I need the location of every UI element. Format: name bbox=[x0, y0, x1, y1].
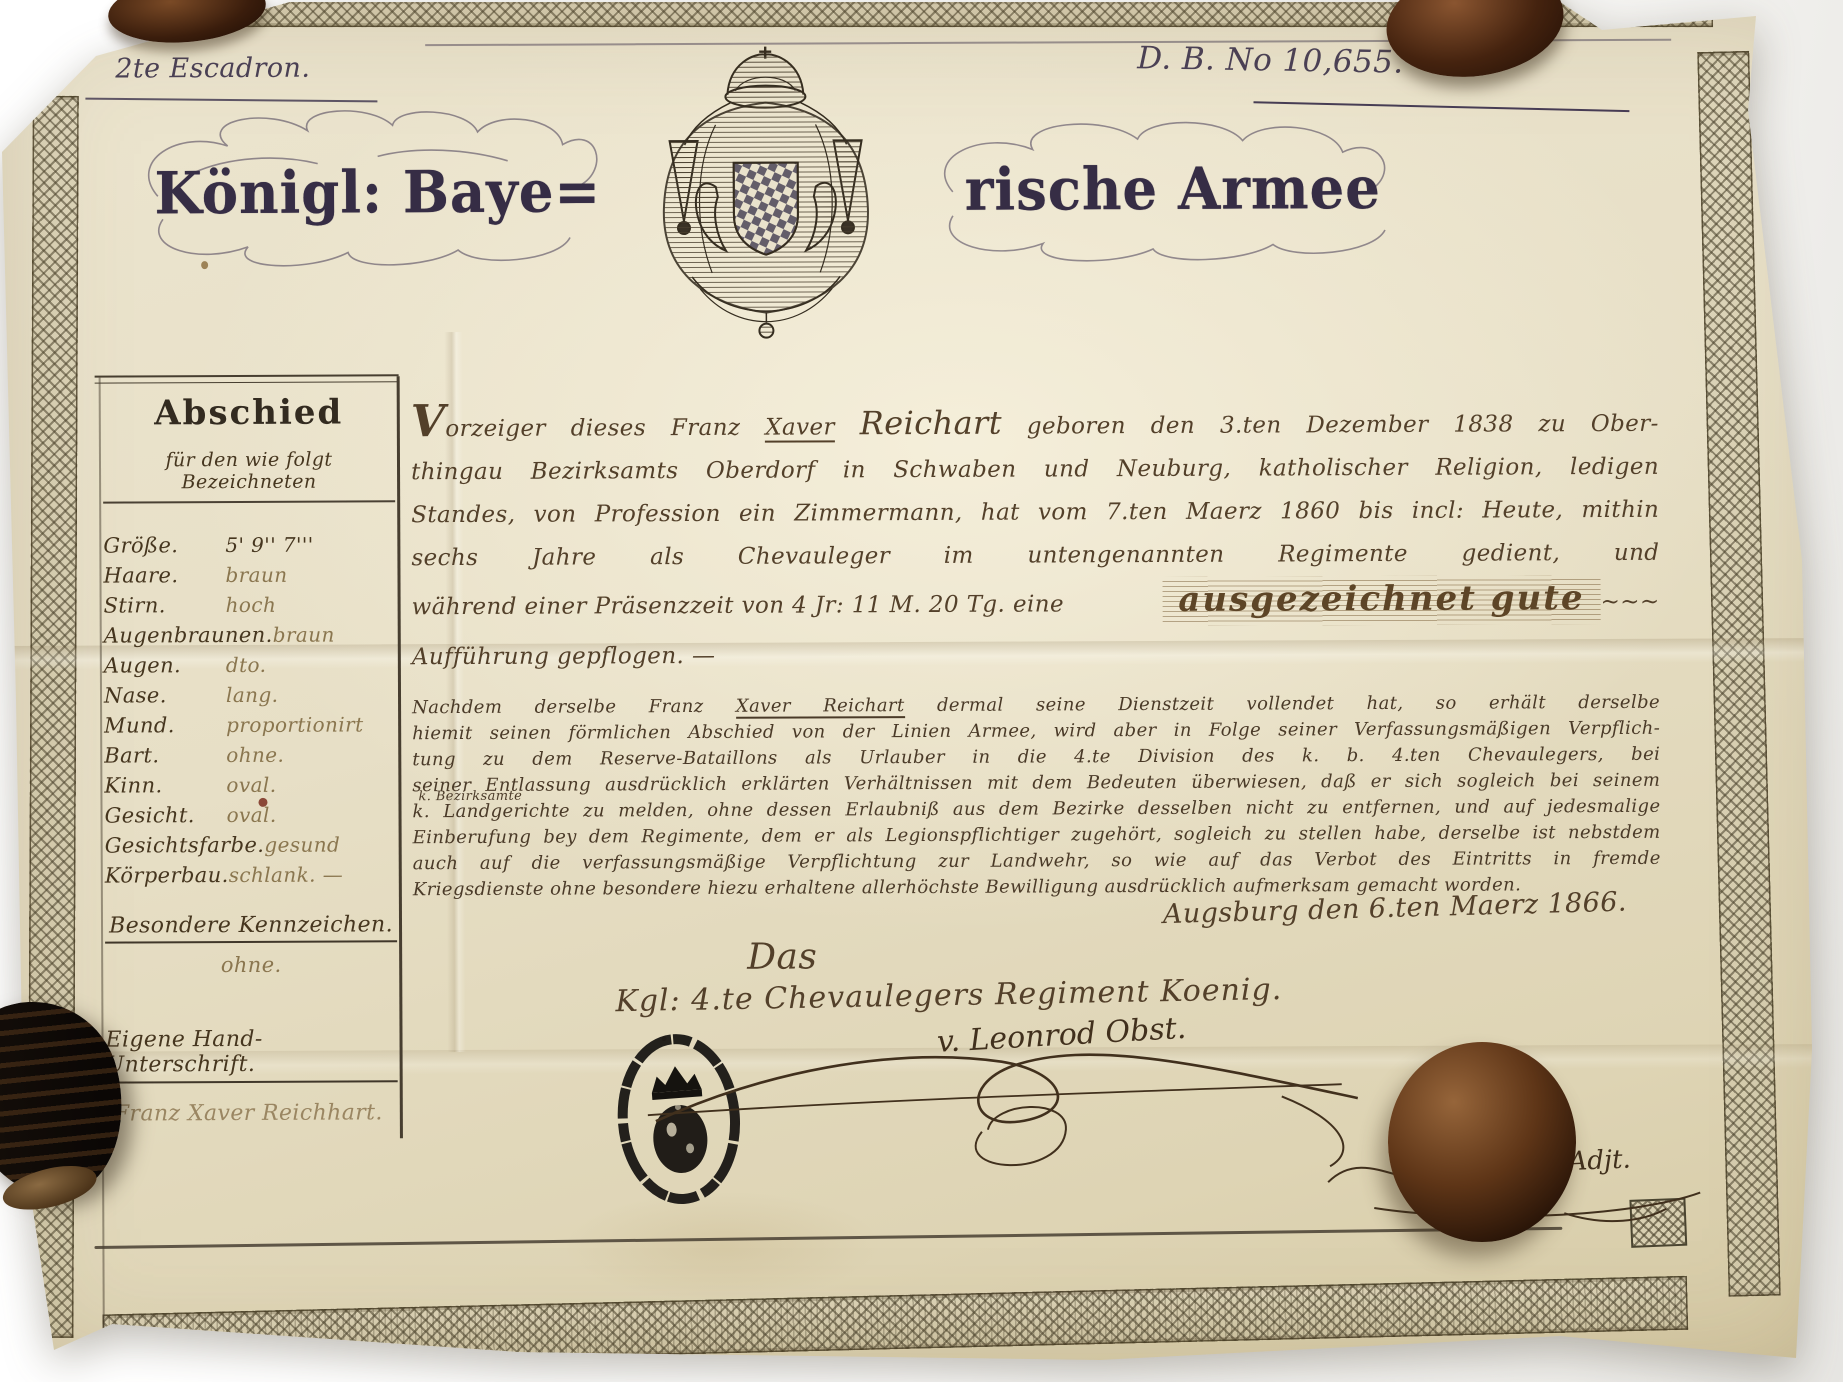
side-panel: Abschied für den wie folgt Bezeichneten … bbox=[103, 384, 398, 1126]
attribute-row: Körperbau.schlank. — bbox=[105, 862, 397, 893]
registry-number: D. B. No 10,655. bbox=[1137, 40, 1404, 80]
colonel-signature: v. Leonrod Obst. bbox=[641, 1000, 1382, 1178]
attribute-value: lang. bbox=[226, 683, 278, 707]
side-panel-right-rule bbox=[397, 376, 403, 1138]
special-marks: Besondere Kennzeichen. ohne. bbox=[105, 912, 397, 977]
interlinear-insertion: k. Bezirksamte bbox=[418, 789, 522, 804]
paragraph-2: k. Bezirksamte Nachdem derselbe Franz Xa… bbox=[412, 690, 1661, 903]
emphasis-phrase: ausgezeichnet gute bbox=[1162, 575, 1601, 626]
attribute-row: Stirn.hoch bbox=[104, 592, 396, 623]
attribute-value: ohne. bbox=[226, 743, 284, 767]
autograph-section: Eigene Hand-Unterschrift. Franz Xaver Re… bbox=[105, 1026, 397, 1126]
title-left-block: Königl: Baye= bbox=[137, 99, 618, 277]
attribute-value: schlank. — bbox=[229, 863, 343, 887]
body-line: während einer Präsenzzeit von 4 Jr: 11 M… bbox=[412, 575, 1660, 636]
attribute-value: hoch bbox=[226, 593, 277, 617]
recruit-last-name: Reichart bbox=[860, 404, 1002, 443]
body-line: Vorzeiger dieses Franz Xaver Reichart ge… bbox=[411, 395, 1659, 451]
attribute-row: Augenbraunen.braun bbox=[104, 622, 396, 653]
title-right: rische Armee bbox=[938, 154, 1408, 224]
attribute-value: oval. bbox=[226, 773, 276, 797]
attribute-row: Bart.ohne. bbox=[104, 742, 396, 773]
attribute-value: 5' 9'' 7''' bbox=[225, 533, 313, 557]
autograph-heading: Eigene Hand-Unterschrift. bbox=[105, 1026, 397, 1083]
title-left: Königl: Baye= bbox=[152, 157, 603, 227]
border-band-bottom bbox=[102, 1276, 1688, 1369]
attribute-label: Bart. bbox=[104, 743, 226, 768]
description-list: Größe.5' 9'' 7''' Haare.braun Stirn.hoch… bbox=[103, 532, 397, 893]
attribute-value: proportionirt bbox=[226, 712, 363, 737]
attribute-row: Größe.5' 9'' 7''' bbox=[103, 532, 395, 563]
main-text: Vorzeiger dieses Franz Xaver Reichart ge… bbox=[411, 395, 1662, 1014]
attribute-label: Kinn. bbox=[104, 773, 226, 798]
attribute-row: Mund.proportionirt bbox=[104, 712, 396, 743]
attribute-row: Gesichtsfarbe.gesund bbox=[105, 832, 397, 863]
attribute-label: Größe. bbox=[103, 533, 225, 558]
attribute-value: dto. bbox=[226, 653, 267, 677]
attribute-label: Haare. bbox=[103, 563, 225, 588]
recruit-name: Xaver Reichart bbox=[736, 695, 905, 719]
attribute-row: Haare.braun bbox=[103, 562, 395, 593]
attribute-value: braun bbox=[273, 623, 335, 647]
attribute-label: Gesicht. bbox=[104, 803, 226, 828]
body-line: Standes, von Profession ein Zimmermann, … bbox=[411, 489, 1659, 537]
autograph-signature: Franz Xaver Reichhart. bbox=[106, 1100, 398, 1126]
photo-backdrop: 2te Escadron. D. B. No 10,655. Königl: B… bbox=[0, 0, 1843, 1382]
attribute-label: Stirn. bbox=[104, 593, 226, 618]
side-panel-top-rule bbox=[95, 374, 399, 383]
attribute-label: Körperbau. bbox=[105, 863, 229, 888]
attribute-label: Augenbraunen. bbox=[104, 623, 273, 648]
abschied-subheading: für den wie folgt Bezeichneten bbox=[103, 448, 395, 503]
emphasis-tail: ~~~ bbox=[1601, 581, 1660, 624]
attribute-value: braun bbox=[225, 563, 287, 587]
recruit-first-name: Xaver bbox=[765, 414, 835, 442]
attribute-value: gesund bbox=[264, 833, 340, 857]
paperweight-bottom-right bbox=[1388, 1042, 1576, 1242]
attribute-row: Gesicht.oval. bbox=[104, 802, 396, 833]
marks-value: ohne. bbox=[105, 952, 397, 977]
body-line: sechs Jahre als Chevauleger im untengena… bbox=[411, 532, 1659, 580]
attribute-label: Nase. bbox=[104, 683, 226, 708]
paragraph-1: Vorzeiger dieses Franz Xaver Reichart ge… bbox=[411, 395, 1660, 679]
coat-of-arms bbox=[595, 44, 936, 355]
attribute-row: Nase.lang. bbox=[104, 682, 396, 713]
colonel-signature-text: v. Leonrod Obst. bbox=[936, 1011, 1187, 1060]
escadron-note: 2te Escadron. bbox=[115, 53, 310, 85]
marks-heading: Besondere Kennzeichen. bbox=[105, 912, 397, 943]
attribute-label: Mund. bbox=[104, 713, 226, 738]
attribute-row: Kinn.oval. bbox=[104, 772, 396, 803]
body-line: thingau Bezirksamts Oberdorf in Schwaben… bbox=[411, 446, 1659, 494]
attribute-label: Gesichtsfarbe. bbox=[105, 833, 265, 858]
attribute-value: oval. bbox=[226, 803, 276, 827]
title-right-block: rische Armee bbox=[922, 110, 1423, 264]
body-line: Aufführung gepflogen. — bbox=[412, 631, 1660, 679]
attribute-label: Augen. bbox=[104, 653, 226, 678]
abschied-heading: Abschied bbox=[103, 392, 395, 433]
attribute-row: Augen.dto. bbox=[104, 652, 396, 683]
